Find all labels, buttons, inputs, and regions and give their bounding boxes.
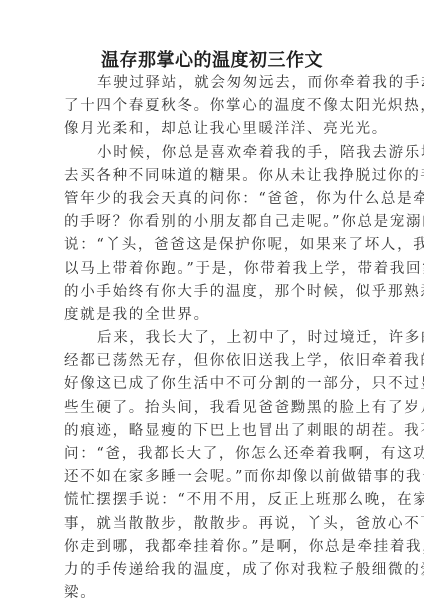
document-title: 温存那掌心的温度初三作文 <box>0 50 424 72</box>
text-line: 以马上带着你跑。”于是，你带着我上学，带着我回家，我 <box>64 258 358 281</box>
text-line: 好像这已成了你生活中不可分割的一部分，只不过显得有 <box>64 373 358 396</box>
text-line: 还不如在家多睡一会呢。”而你却像以前做错事的我一样， <box>64 466 358 489</box>
paragraph-1: 车驶过驿站，就会匆匆远去，而你牵着我的手却走过 了十四个春夏秋冬。你掌心的温度不… <box>64 72 358 142</box>
text-line: 了十四个春夏秋冬。你掌心的温度不像太阳光炽热，也不 <box>64 95 358 118</box>
text-line: 去买各种不同味道的糖果。你从未让我挣脱过你的手，尽 <box>64 165 358 188</box>
paragraph-2: 小时候，你总是喜欢牵着我的手，陪我去游乐场， 去买各种不同味道的糖果。你从未让我… <box>64 142 358 328</box>
text-line: 车驶过驿站，就会匆匆远去，而你牵着我的手却走过 <box>64 72 358 95</box>
text-line: 的痕迹，略显瘦的下巴上也冒出了刺眼的胡茬。我不忍的 <box>64 420 358 443</box>
text-line: 梁。 <box>64 582 358 600</box>
text-line: 力的手传递给我的温度，成了你对我粒子般细微的爱的桥 <box>64 559 358 582</box>
text-line: 的小手始终有你大手的温度，那个时候，似乎那熟悉的温 <box>64 281 358 304</box>
text-line: 慌忙摆摆手说：“不用不用，反正上班那么晚，在家也没 <box>64 489 358 512</box>
document-body: 车驶过驿站，就会匆匆远去，而你牵着我的手却走过 了十四个春夏秋冬。你掌心的温度不… <box>64 72 358 600</box>
text-line: 些生硬了。抬头间，我看见爸爸黝黑的脸上有了岁月划过 <box>64 397 358 420</box>
text-line: 后来，我长大了，上初中了，时过境迁，许多的曾 <box>64 327 358 350</box>
text-line: 事，就当散散步，散散步。再说，丫头，爸放心不下你， <box>64 513 358 536</box>
text-line: 度就是我的全世界。 <box>64 304 358 327</box>
text-line: 小时候，你总是喜欢牵着我的手，陪我去游乐场， <box>64 142 358 165</box>
text-line: 说：“丫头，爸爸这是保护你呢，如果来了坏人，我就可 <box>64 234 358 257</box>
text-line: 像月光柔和，却总让我心里暖洋洋、亮光光。 <box>64 118 358 141</box>
text-line: 你走到哪，我都牵挂着你。”是啊，你总是牵挂着我，那有 <box>64 536 358 559</box>
text-line: 问：“爸，我都长大了，你怎么还牵着我啊，有这功夫你 <box>64 443 358 466</box>
text-line: 管年少的我会天真的问你：“爸爸，你为什么总是牵着我 <box>64 188 358 211</box>
text-line: 经都已荡然无存，但你依旧送我上学，依旧牵着我的手， <box>64 350 358 373</box>
document-page: 温存那掌心的温度初三作文 车驶过驿站，就会匆匆远去，而你牵着我的手却走过 了十四… <box>0 0 424 600</box>
text-line: 的手呀？你看别的小朋友都自己走呢。”你总是宠溺的对我 <box>64 211 358 234</box>
paragraph-3: 后来，我长大了，上初中了，时过境迁，许多的曾 经都已荡然无存，但你依旧送我上学，… <box>64 327 358 600</box>
